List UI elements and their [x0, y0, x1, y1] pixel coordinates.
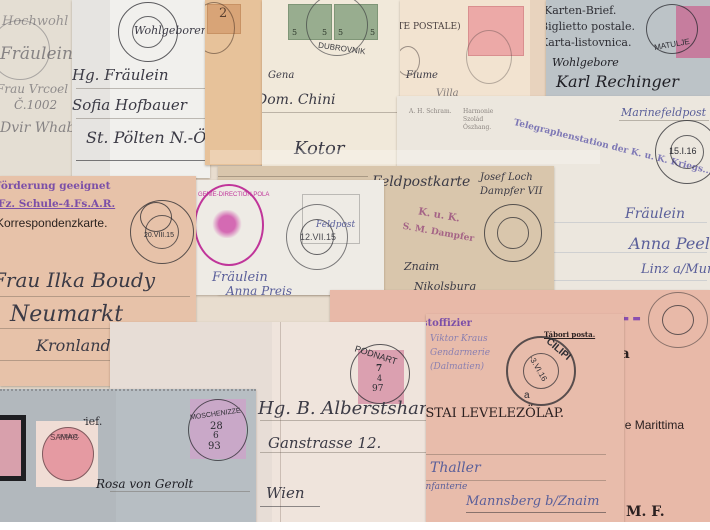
orange-strip-card: 2: [205, 0, 267, 165]
stamp-value: 5: [292, 28, 297, 37]
handwriting-line: Kronland: [36, 336, 111, 355]
pink-tabori-card: Postoffizier Tábori posta. Viktor Kraus …: [426, 314, 624, 522]
pink-postale-card: (CARTE POSTALE) Fiume Villa: [400, 0, 550, 105]
pola-postmark: [648, 292, 708, 348]
kommando-postmark: [484, 204, 542, 262]
sleeve-overlay: [210, 150, 600, 164]
card-header: Förderung geeignet: [0, 180, 110, 192]
handwriting-line: Fräulein: [212, 270, 268, 285]
handwriting-line: Neumarkt: [10, 302, 123, 327]
printer-line: Ószhang.: [463, 124, 491, 131]
card-header: Feldpostkarte: [372, 174, 470, 190]
handwriting-line: Frau Ilka Boudy: [0, 268, 155, 292]
handwriting-line: Linz a/Mur: [641, 262, 710, 277]
handwriting-line: Hochwohl: [2, 14, 68, 29]
postmark-date: 93: [208, 441, 221, 452]
handwriting-line: Fiume: [406, 70, 438, 81]
postmark-date: 20.VIII.15: [144, 232, 174, 239]
handwriting-line: Thaller: [430, 460, 481, 476]
card-header: Biglietto postale.: [546, 20, 635, 33]
handwriting-line: Mannsberg b/Znaim: [466, 494, 600, 509]
handwriting-line: Č.1002: [14, 98, 57, 112]
handwriting-line: Gendarmerie: [430, 348, 490, 358]
handwriting-line: Dampfer VII: [480, 186, 543, 197]
handwriting-line: Wohlgebore: [552, 56, 619, 69]
handwriting-line: Fräulein: [0, 44, 73, 64]
postmark-date: 15.I.16: [669, 146, 697, 156]
postmark-code: a: [524, 390, 530, 401]
genie-direction-card: GENIE-DIRECTION POLA 12.VII.15 Feldpost …: [196, 180, 384, 295]
card-title: POSTAI LEVELEZÖLAP.: [426, 406, 564, 421]
handwriting-line: Dvir Whab: [0, 120, 75, 136]
gray-karten-brief-card: Karten-Brief. Biglietto postale. Karta-l…: [546, 0, 710, 100]
printer-line: Harmonie: [463, 108, 493, 115]
handwriting-line: Rosa von Gerolt: [96, 477, 193, 491]
card-header: (CARTE POSTALE): [400, 22, 461, 32]
handwriting-line: Ganstrasse 12.: [268, 434, 381, 452]
handwriting-line: Dom. Chini: [262, 92, 336, 108]
postmark-date: 7: [376, 364, 382, 374]
handwriting-line: Viktor Kraus: [430, 334, 488, 344]
top-left-card: Hochwohl Fräulein Frau Vrcoel Č.1002 Dvi…: [0, 0, 80, 180]
card-header: Postoffizier: [426, 318, 472, 329]
double-eagle-emblem: [212, 210, 242, 238]
handwriting-line: Josef Loch: [480, 172, 533, 183]
stamp-value: 5: [370, 28, 375, 37]
white-letter-card: Wohlgeboren Hg. Fräulein Sofia Hofbauer …: [72, 0, 210, 178]
postmark-date: 4: [377, 374, 382, 383]
overlap-ring: [140, 202, 172, 232]
handwriting-line: Wohlgeboren: [134, 24, 208, 37]
printer-line: A. H. Schram.: [409, 108, 452, 115]
handwriting-line: Feldpost: [316, 220, 355, 230]
green-stamps-card: 5 5 5 5 DUBROVNIK Gena Dom. Chini Kotor: [262, 0, 407, 175]
handwriting-line: Hg. Fräulein: [72, 66, 169, 84]
handwriting-line: Sofia Hofbauer: [72, 96, 187, 114]
black-bordered-stamp: [0, 415, 26, 481]
card-footer: M. F.: [626, 504, 665, 520]
handwriting-line: Infanterie: [426, 482, 467, 492]
postmark-date: 97: [372, 384, 383, 394]
postmark-date: 6: [213, 431, 219, 441]
seal-text: GENIE-DIRECTION POLA: [198, 192, 269, 198]
kuk-cachet-line: K. u. K.: [417, 206, 460, 224]
card-header: Karta-listovnica.: [546, 36, 632, 49]
handwriting-line: Hg. B. Alberstshammer: [258, 398, 432, 419]
handwriting-line: (Dalmatien): [430, 362, 484, 372]
handwriting-line: Anna Peel: [629, 234, 710, 253]
handwriting-line: Znaim: [404, 260, 439, 273]
printer-line: Szolád: [463, 116, 483, 123]
faded-postmark: [466, 30, 512, 84]
gray-brief-card: SAMAC Karten-Brief. Biglietto postale. K…: [0, 389, 256, 522]
card-title: Korrespondenzkarte.: [0, 216, 107, 230]
postmark-date: 12.VII.15: [300, 232, 336, 242]
handwriting-line: St. Pölten N.-Ö.: [86, 128, 210, 147]
card-header: Karten-Brief.: [546, 4, 616, 17]
handwriting-line: Gena: [268, 70, 294, 81]
handwriting-line: Marinefeldpost: [621, 106, 706, 119]
handwriting-line: Anna Preis: [226, 284, 292, 295]
card-header: Fz. Schule-4.Fs.A.R.: [0, 198, 115, 210]
kuk-cachet-line: S. M. Dampfer: [402, 222, 475, 244]
handwriting-line: Frau Vrcoel: [0, 82, 68, 96]
handwriting-line: Fräulein: [625, 206, 685, 222]
handwriting-line: Wien: [266, 484, 305, 502]
handwriting-line: Karl Rechinger: [556, 72, 679, 91]
postcard-collage: Hochwohl Fräulein Frau Vrcoel Č.1002 Dvi…: [0, 0, 710, 522]
fold-shadow: [72, 0, 110, 178]
